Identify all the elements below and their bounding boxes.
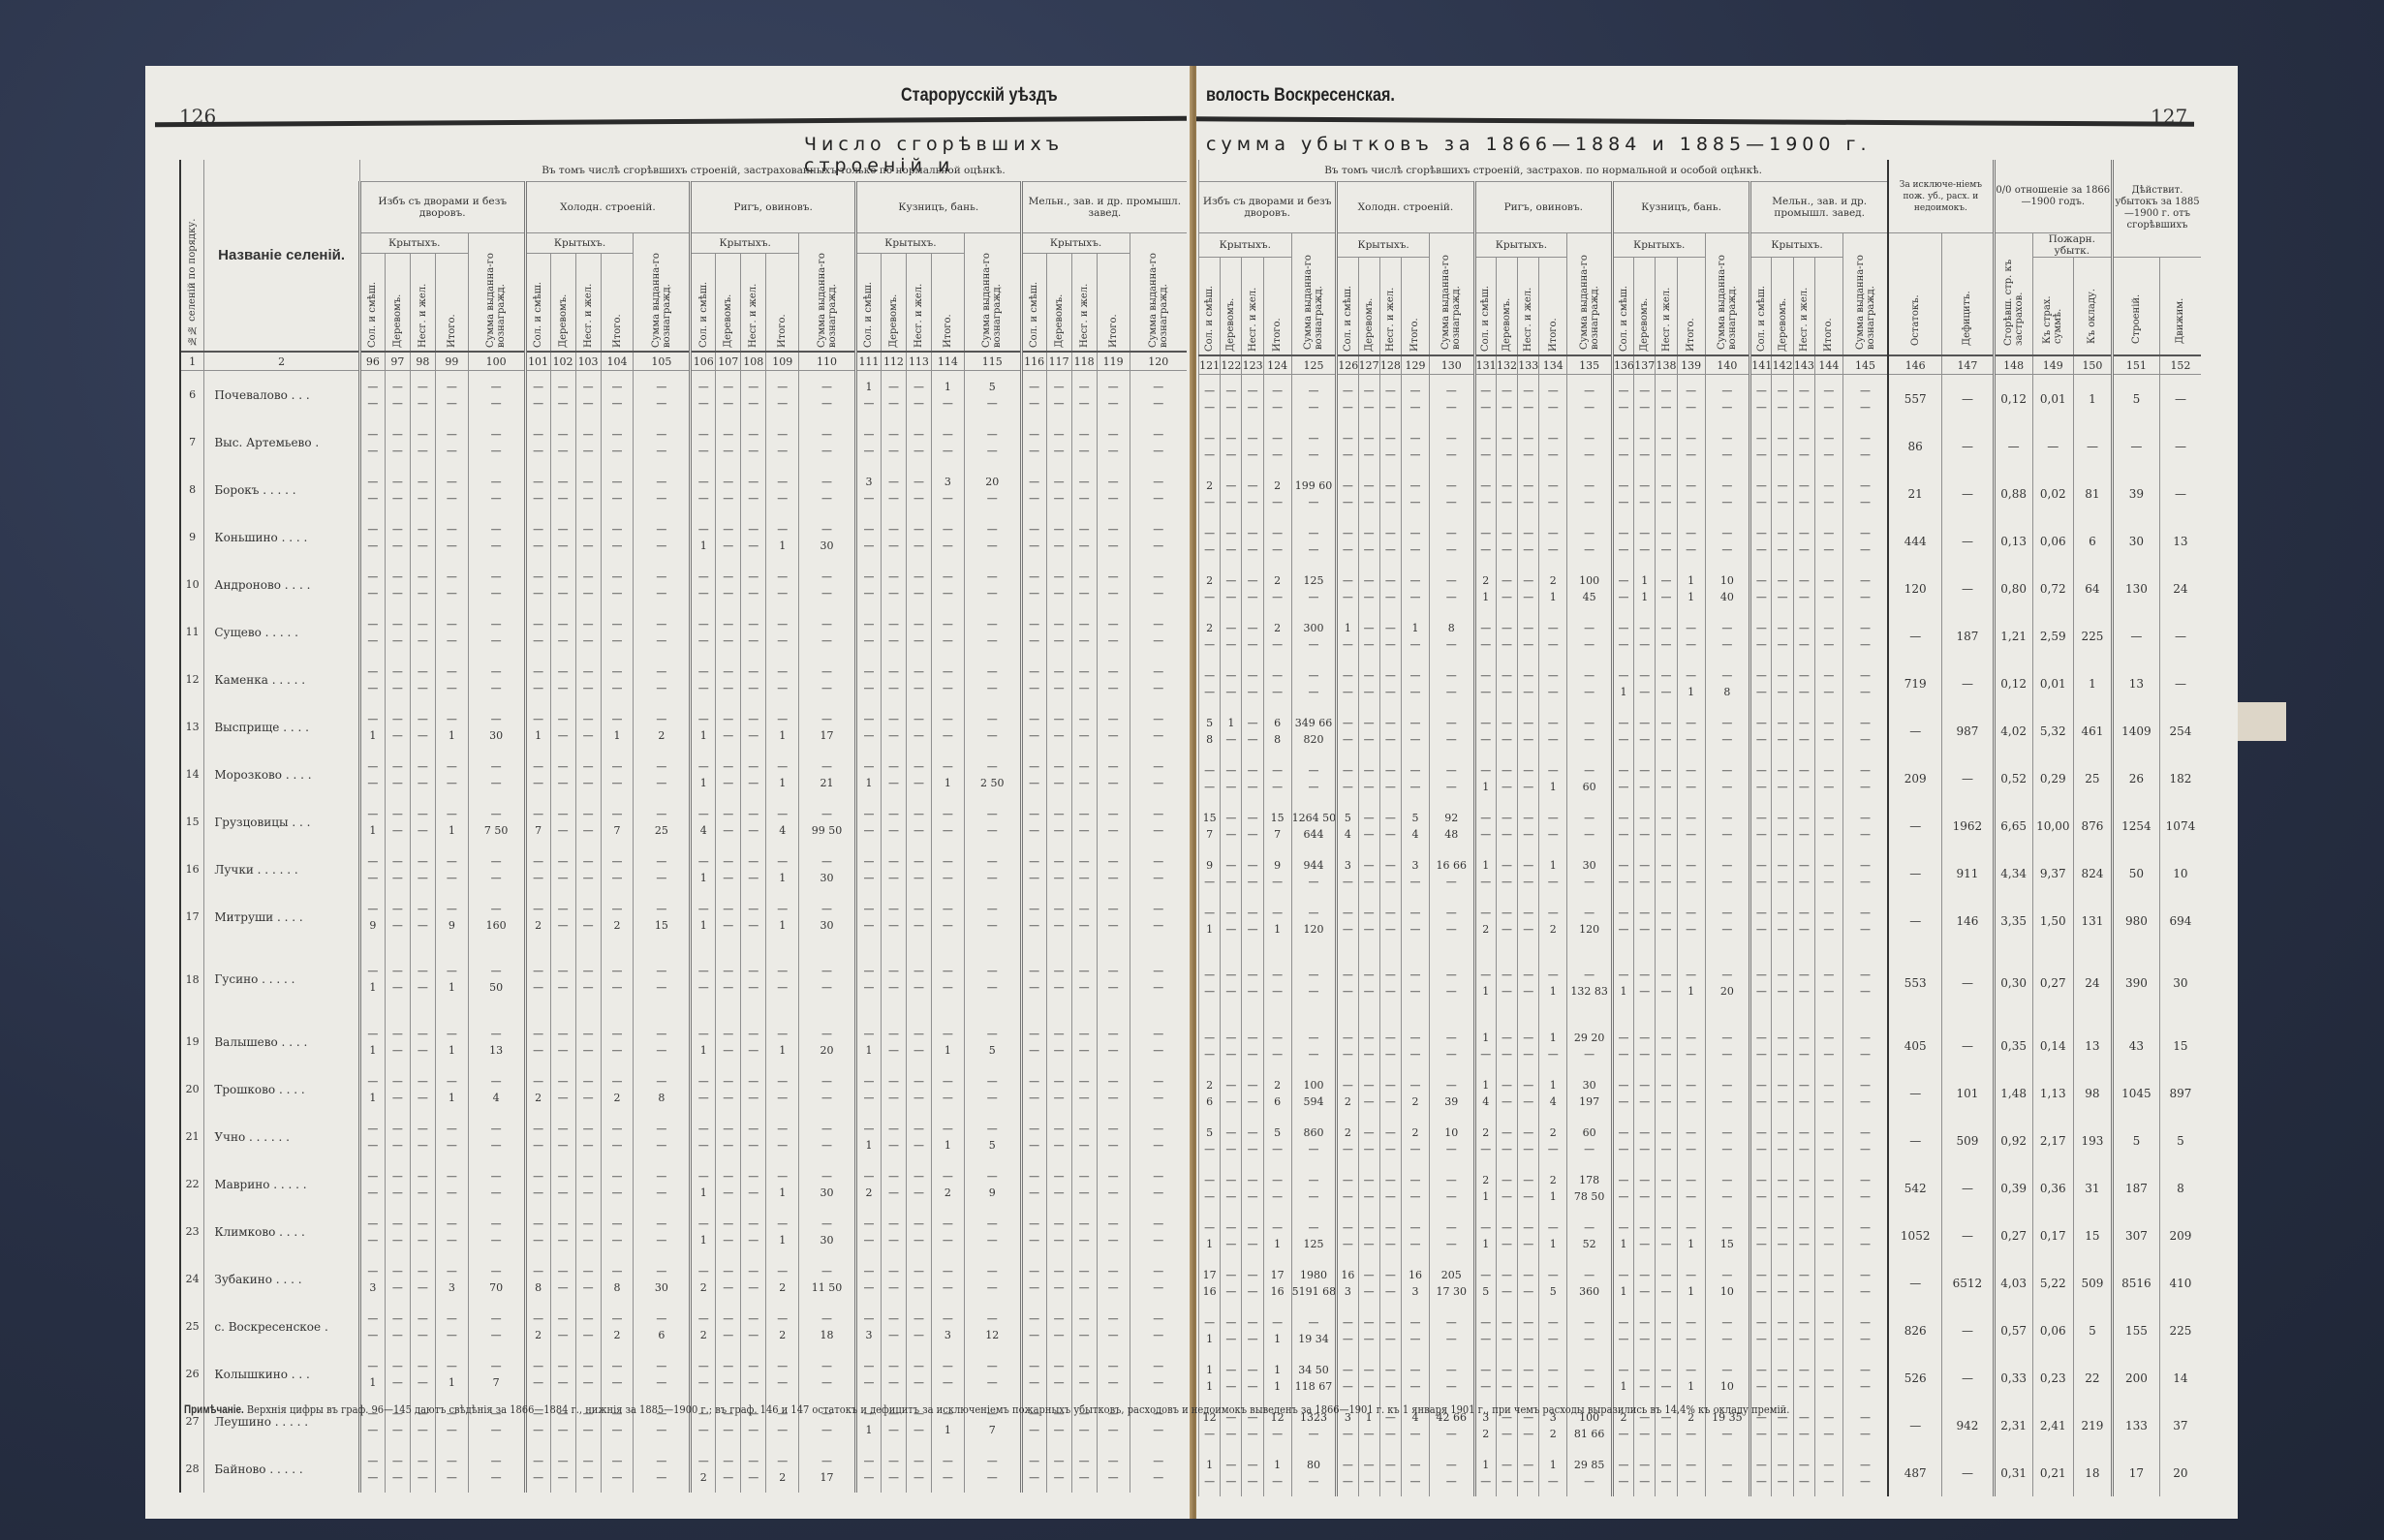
lower-value: — <box>1430 874 1473 890</box>
cell-values: —— <box>716 1113 740 1160</box>
lower-value: 3 <box>1338 1283 1357 1300</box>
upper-value: — <box>1221 667 1241 684</box>
cell-col-96: —— <box>359 1160 385 1208</box>
cell-values: —— <box>1518 849 1538 897</box>
lower-value: — <box>469 1422 524 1438</box>
lower-value: — <box>907 680 931 696</box>
cell-col-120: —— <box>1130 1113 1187 1160</box>
cell-values: —— <box>527 1350 550 1398</box>
lower-value: 1 <box>692 1232 715 1248</box>
cell-col-103: —— <box>575 703 601 751</box>
cell-values: —— <box>1843 1307 1887 1354</box>
upper-value: — <box>1402 667 1429 684</box>
lower-value: 6 <box>1199 1093 1220 1110</box>
cell-values: —— <box>1476 375 1496 422</box>
upper-value: — <box>1292 1030 1336 1046</box>
cell-col-133: —— <box>1518 1212 1539 1259</box>
cell-values: —30 <box>469 703 524 751</box>
cell-col-96: —— <box>359 656 385 703</box>
cell-values: —— <box>799 561 854 608</box>
cell-values: —— <box>1221 755 1241 802</box>
cell-values: —— <box>411 798 435 846</box>
cell-col-143: —— <box>1793 897 1814 944</box>
lower-value: — <box>527 1137 550 1154</box>
lower-value: — <box>1047 1374 1071 1391</box>
lower-value: — <box>602 490 634 507</box>
cell-col-104: —2 <box>601 893 634 940</box>
cell-col-97: —— <box>385 893 410 940</box>
cell-values: —2 <box>692 1255 715 1303</box>
cell-pct-insured-sum: — <box>2032 422 2073 470</box>
cell-pct-salary: 81 <box>2073 470 2112 517</box>
column-number: 124 <box>1263 355 1291 375</box>
lower-value: — <box>1614 731 1633 748</box>
cell-col-98: —— <box>410 513 435 561</box>
cell-pct-insured-sum: 2,41 <box>2032 1401 2073 1449</box>
table-row-left: 10Андроново . . . .—————————————————————… <box>180 561 1187 608</box>
cell-col-119: —— <box>1097 656 1130 703</box>
upper-value: — <box>1476 525 1496 541</box>
lower-value: — <box>1130 1327 1187 1343</box>
upper-value: 1 <box>1539 1077 1566 1093</box>
upper-value: — <box>1843 667 1887 684</box>
cell-col-107: —— <box>716 703 741 751</box>
upper-value: — <box>1843 525 1887 541</box>
covered-header: Крытыхъ. <box>1021 233 1130 254</box>
cell-col-136: —— <box>1612 375 1633 423</box>
cell-col-141: —— <box>1750 1259 1772 1307</box>
cell-col-109: —2 <box>766 1303 799 1350</box>
sub-header-fire: Несг. и жел. <box>1518 258 1539 356</box>
lower-value: — <box>576 395 601 412</box>
upper-value: — <box>361 426 385 443</box>
lower-value: 594 <box>1292 1093 1336 1110</box>
upper-value: — <box>576 616 601 632</box>
cell-values: 11 <box>1199 1354 1220 1401</box>
lower-value: 5 <box>965 1137 1020 1154</box>
village-name: Выс. Артемьево . <box>204 418 360 466</box>
upper-value: — <box>1706 762 1749 779</box>
cell-col-117: —— <box>1046 1303 1071 1350</box>
cell-values: —— <box>1815 1449 1842 1496</box>
cell-values: —— <box>1656 1164 1676 1212</box>
lower-value: 16 <box>1264 1283 1291 1300</box>
upper-value: — <box>1678 1077 1705 1093</box>
lower-value: — <box>1242 684 1262 700</box>
upper-value: — <box>1221 1457 1241 1473</box>
cell-col-142: —— <box>1772 470 1793 517</box>
lower-value: — <box>932 490 964 507</box>
upper-value: — <box>1656 1172 1676 1188</box>
row-index: 14 <box>180 751 204 798</box>
cell-values: —— <box>1047 798 1071 846</box>
cell-col-97: —— <box>385 940 410 1018</box>
cell-col-101: —— <box>525 608 550 656</box>
upper-value: — <box>576 1121 601 1137</box>
cell-col-127: —— <box>1358 849 1379 897</box>
lower-value: — <box>741 1042 765 1059</box>
cell-values: —— <box>1634 517 1655 565</box>
lower-value: — <box>1023 538 1046 554</box>
cell-values: —— <box>1402 660 1429 707</box>
lower-value: — <box>1843 1378 1887 1395</box>
cell-col-126: —— <box>1337 375 1358 423</box>
lower-value: — <box>1338 589 1357 605</box>
cell-pct-salary: 1 <box>2073 375 2112 423</box>
sub-header-label: Итого. <box>1686 259 1696 352</box>
cell-col-101: —— <box>525 1160 550 1208</box>
cell-values: —1 <box>766 846 798 893</box>
cell-pct-burned: 4,03 <box>1994 1259 2032 1307</box>
cell-col-98: —— <box>410 846 435 893</box>
upper-value: — <box>527 711 550 727</box>
lower-value: — <box>741 395 765 412</box>
cell-values: —— <box>1264 660 1291 707</box>
upper-value: — <box>602 426 634 443</box>
lower-value: — <box>602 870 634 886</box>
upper-value: — <box>907 1073 931 1090</box>
cell-remainder: 826 <box>1888 1307 1942 1354</box>
lower-value: — <box>1678 447 1705 463</box>
cell-col-130: —— <box>1429 375 1474 423</box>
upper-value: — <box>634 901 689 917</box>
lower-value: — <box>1843 826 1887 843</box>
cell-col-135: —120 <box>1567 897 1613 944</box>
cell-col-134: —1 <box>1539 944 1567 1022</box>
cell-values: —— <box>1772 1164 1792 1212</box>
cell-col-99: —— <box>435 371 468 419</box>
cell-values: —— <box>1614 422 1633 470</box>
cell-values: —— <box>436 1208 468 1255</box>
cell-pct-burned: 0,57 <box>1994 1307 2032 1354</box>
lower-value: — <box>1614 1141 1633 1157</box>
cell-col-141: —— <box>1750 897 1772 944</box>
upper-value: — <box>1634 383 1655 399</box>
cell-values: —— <box>386 1255 410 1303</box>
lower-value: — <box>1380 921 1401 938</box>
cell-pct-salary: 13 <box>2073 1022 2112 1069</box>
upper-value: — <box>1072 1310 1097 1327</box>
upper-value: — <box>716 569 740 585</box>
upper-value: — <box>799 806 854 822</box>
cell-col-108: —— <box>741 656 766 703</box>
upper-value: — <box>1242 1030 1262 1046</box>
cell-values: —— <box>932 1350 964 1398</box>
lower-value: — <box>741 727 765 744</box>
cell-col-142: —— <box>1772 1022 1793 1069</box>
upper-value: — <box>1518 1314 1538 1331</box>
cell-col-111: —— <box>855 1350 881 1398</box>
cell-col-112: —— <box>881 1208 906 1255</box>
lower-value: — <box>932 727 964 744</box>
village-name-header: Названіе селеній. <box>204 160 360 352</box>
upper-value: — <box>527 1121 550 1137</box>
cell-values: —— <box>634 371 689 418</box>
upper-value: 15 <box>1199 810 1220 826</box>
lower-value: — <box>1380 1331 1401 1347</box>
lower-value: 78 50 <box>1567 1188 1611 1205</box>
cell-values: —— <box>1199 1164 1220 1212</box>
cell-col-108: —— <box>741 798 766 846</box>
cell-values: —— <box>1023 846 1046 893</box>
lower-value: — <box>1794 494 1814 510</box>
cell-col-119: —— <box>1097 1065 1130 1113</box>
lower-value: — <box>741 1137 765 1154</box>
cell-col-103: —— <box>575 1350 601 1398</box>
cell-values: —— <box>551 751 575 798</box>
cell-values: —— <box>602 940 634 1018</box>
cell-col-141: —— <box>1750 1164 1772 1212</box>
cell-values: —— <box>1497 944 1517 1022</box>
upper-value: — <box>602 379 634 395</box>
column-number: 103 <box>575 352 601 371</box>
lower-value: — <box>1242 589 1262 605</box>
lower-value: — <box>1497 1378 1517 1395</box>
lower-value: — <box>1843 1046 1887 1063</box>
sub-header-fire: Несг. и жел. <box>575 254 601 353</box>
cell-col-135: —— <box>1567 1307 1613 1354</box>
upper-value: — <box>907 1216 931 1232</box>
upper-value: — <box>527 616 550 632</box>
cell-values: —— <box>1338 375 1357 422</box>
cell-col-123: —— <box>1242 849 1263 897</box>
cell-col-114: —1 <box>931 1018 964 1065</box>
lower-value: — <box>882 1374 906 1391</box>
upper-value: — <box>716 1453 740 1469</box>
upper-value: — <box>1047 1358 1071 1374</box>
lower-value: 1 <box>1614 1236 1633 1252</box>
upper-value: — <box>361 521 385 538</box>
cell-remainder: 86 <box>1888 422 1942 470</box>
lower-value: — <box>1402 636 1429 653</box>
cell-values: —— <box>1221 944 1241 1022</box>
upper-value: — <box>882 426 906 443</box>
upper-value: — <box>1539 477 1566 494</box>
cell-col-134: —— <box>1539 707 1567 755</box>
sub-header-total: Итого. <box>931 254 964 353</box>
cell-values: 3— <box>1402 849 1429 897</box>
cell-col-127: —— <box>1358 1212 1379 1259</box>
cell-values: —— <box>527 418 550 466</box>
cell-values: —— <box>1772 422 1792 470</box>
lower-value: 2 <box>602 1090 634 1106</box>
upper-value: 205 <box>1430 1267 1473 1283</box>
lower-value: — <box>965 585 1020 601</box>
upper-value: — <box>1518 1172 1538 1188</box>
column-number: 101 <box>525 352 550 371</box>
cell-col-98: —— <box>410 371 435 419</box>
lower-value: — <box>965 538 1020 554</box>
lower-value: — <box>1843 589 1887 605</box>
lower-value: — <box>1678 1188 1705 1205</box>
cell-col-106: —— <box>691 466 716 513</box>
cell-col-101: —— <box>525 751 550 798</box>
upper-value: — <box>386 901 410 917</box>
lower-value: — <box>1402 589 1429 605</box>
cell-values: 1— <box>1402 612 1429 660</box>
lower-value: — <box>576 979 601 996</box>
lower-value: — <box>932 1279 964 1296</box>
cell-col-138: —— <box>1656 612 1677 660</box>
cell-values: —— <box>1023 1018 1046 1065</box>
cell-col-141: —— <box>1750 755 1772 802</box>
cell-values: —2 <box>692 1303 715 1350</box>
cell-values: —— <box>716 418 740 466</box>
cell-values: —— <box>716 703 740 751</box>
cell-col-145: —— <box>1842 1259 1888 1307</box>
cell-col-114: 1— <box>931 371 964 419</box>
cell-values: —— <box>1706 849 1749 897</box>
cell-col-128: —— <box>1379 660 1401 707</box>
cell-col-113: —— <box>906 846 931 893</box>
cell-pct-insured-sum: 5,22 <box>2032 1259 2073 1307</box>
sum-header-label: Сумма выданна-го вознагражд. <box>1717 235 1738 350</box>
upper-value: — <box>932 663 964 680</box>
cell-values: —— <box>1430 707 1473 755</box>
upper-value: 5 <box>1338 810 1357 826</box>
upper-value: — <box>1359 430 1379 447</box>
sum-header: Сумма выданна-го вознагражд. <box>1705 233 1750 356</box>
lower-value: — <box>469 680 524 696</box>
cell-col-97: —— <box>385 418 410 466</box>
cell-col-131: —2 <box>1474 897 1496 944</box>
sum-header-label: Сумма выданна-го вознагражд. <box>651 233 672 348</box>
cell-col-136: —— <box>1612 755 1633 802</box>
cell-col-135: —— <box>1567 802 1613 849</box>
lower-value: 1 <box>766 917 798 934</box>
cell-col-104: —— <box>601 1113 634 1160</box>
lower-value: — <box>551 1090 575 1106</box>
cell-values: —— <box>1706 755 1749 802</box>
upper-value: — <box>436 474 468 490</box>
lower-value: — <box>602 585 634 601</box>
lower-value: — <box>965 727 1020 744</box>
lower-value: — <box>1130 680 1187 696</box>
upper-value: — <box>1072 474 1097 490</box>
cell-col-98: —— <box>410 466 435 513</box>
cell-pct-salary: 824 <box>2073 849 2112 897</box>
cell-col-139: —— <box>1677 1449 1705 1496</box>
cell-col-130: —— <box>1429 1449 1474 1496</box>
cell-values: —— <box>361 1113 385 1160</box>
cell-col-117: —— <box>1046 1255 1071 1303</box>
cell-values: —— <box>1130 846 1187 893</box>
upper-value: — <box>469 901 524 917</box>
lower-value: — <box>1359 1046 1379 1063</box>
upper-value: — <box>741 1453 765 1469</box>
cell-col-107: —— <box>716 656 741 703</box>
upper-value: — <box>1221 1124 1241 1141</box>
lower-value: — <box>1772 1426 1792 1442</box>
cell-values: —4 <box>766 798 798 846</box>
cell-col-118: —— <box>1071 608 1097 656</box>
lower-value: — <box>857 1232 881 1248</box>
upper-value: — <box>1634 1267 1655 1283</box>
upper-value: 178 <box>1567 1172 1611 1188</box>
cell-col-108: —— <box>741 1208 766 1255</box>
lower-value: 5191 68 <box>1292 1283 1336 1300</box>
sub-header-label: Несг. и жел. <box>1079 255 1090 348</box>
sub-header-label: Деревомъ. <box>1225 259 1236 352</box>
cell-col-98: —— <box>410 1350 435 1398</box>
cell-values: —— <box>857 1350 881 1398</box>
upper-value: — <box>882 711 906 727</box>
upper-value: — <box>1221 477 1241 494</box>
cell-remainder: — <box>1888 849 1942 897</box>
lower-value: — <box>857 1279 881 1296</box>
cell-values: —— <box>1476 1307 1496 1354</box>
column-number: 142 <box>1772 355 1793 375</box>
cell-values: —— <box>1656 1117 1676 1164</box>
lower-value: — <box>1402 983 1429 1000</box>
cell-col-144: —— <box>1814 755 1842 802</box>
cell-col-112: —— <box>881 608 906 656</box>
cell-col-110: —30 <box>799 1160 856 1208</box>
cell-values: —— <box>1380 849 1401 897</box>
cell-values: 1— <box>1476 1022 1496 1069</box>
cell-values: —— <box>692 561 715 608</box>
cell-values: —— <box>1678 1069 1705 1117</box>
cell-values: —— <box>1518 565 1538 612</box>
cell-values: —— <box>1380 755 1401 802</box>
lower-value: 7 <box>469 1374 524 1391</box>
upper-value: — <box>527 521 550 538</box>
lower-value: — <box>1518 826 1538 843</box>
cell-col-144: —— <box>1814 1212 1842 1259</box>
cell-col-115: —9 <box>964 1160 1021 1208</box>
upper-value: — <box>1359 810 1379 826</box>
lower-value: 52 <box>1567 1236 1611 1252</box>
lower-value: — <box>932 585 964 601</box>
cell-values: —— <box>1614 375 1633 422</box>
cell-pct-salary: 25 <box>2073 755 2112 802</box>
upper-value: — <box>882 1216 906 1232</box>
cell-values: —99 50 <box>799 798 854 846</box>
cell-values: —— <box>1221 1354 1241 1401</box>
lower-value: 1 <box>1199 1236 1220 1252</box>
lower-value: — <box>469 632 524 649</box>
upper-value: — <box>551 1310 575 1327</box>
upper-value: — <box>1130 663 1187 680</box>
lower-value: 3 <box>361 1279 385 1296</box>
lower-value: — <box>1130 1422 1187 1438</box>
lower-value: — <box>1518 589 1538 605</box>
upper-value: — <box>716 806 740 822</box>
lower-value: — <box>1098 443 1130 459</box>
cell-col-106: —— <box>691 656 716 703</box>
upper-value: — <box>692 853 715 870</box>
cell-col-121: —— <box>1199 755 1221 802</box>
cell-col-116: —— <box>1021 371 1046 419</box>
cell-col-118: —— <box>1071 893 1097 940</box>
upper-value: — <box>1402 1219 1429 1236</box>
lower-value: 3 <box>1402 1283 1429 1300</box>
cell-col-145: —— <box>1842 1117 1888 1164</box>
upper-value: — <box>1380 477 1401 494</box>
cell-values: —— <box>1634 1449 1655 1496</box>
upper-value: — <box>1772 525 1792 541</box>
cell-values: —— <box>1815 1117 1842 1164</box>
lower-value: — <box>1072 1279 1097 1296</box>
lower-value: — <box>1023 1422 1046 1438</box>
cell-pct-salary: 509 <box>2073 1259 2112 1307</box>
lower-value: — <box>1359 541 1379 558</box>
cell-col-107: —— <box>716 513 741 561</box>
lower-value: — <box>1815 1473 1842 1490</box>
cell-values: —— <box>1518 1164 1538 1212</box>
upper-value: — <box>932 1453 964 1469</box>
lower-value: — <box>527 1374 550 1391</box>
